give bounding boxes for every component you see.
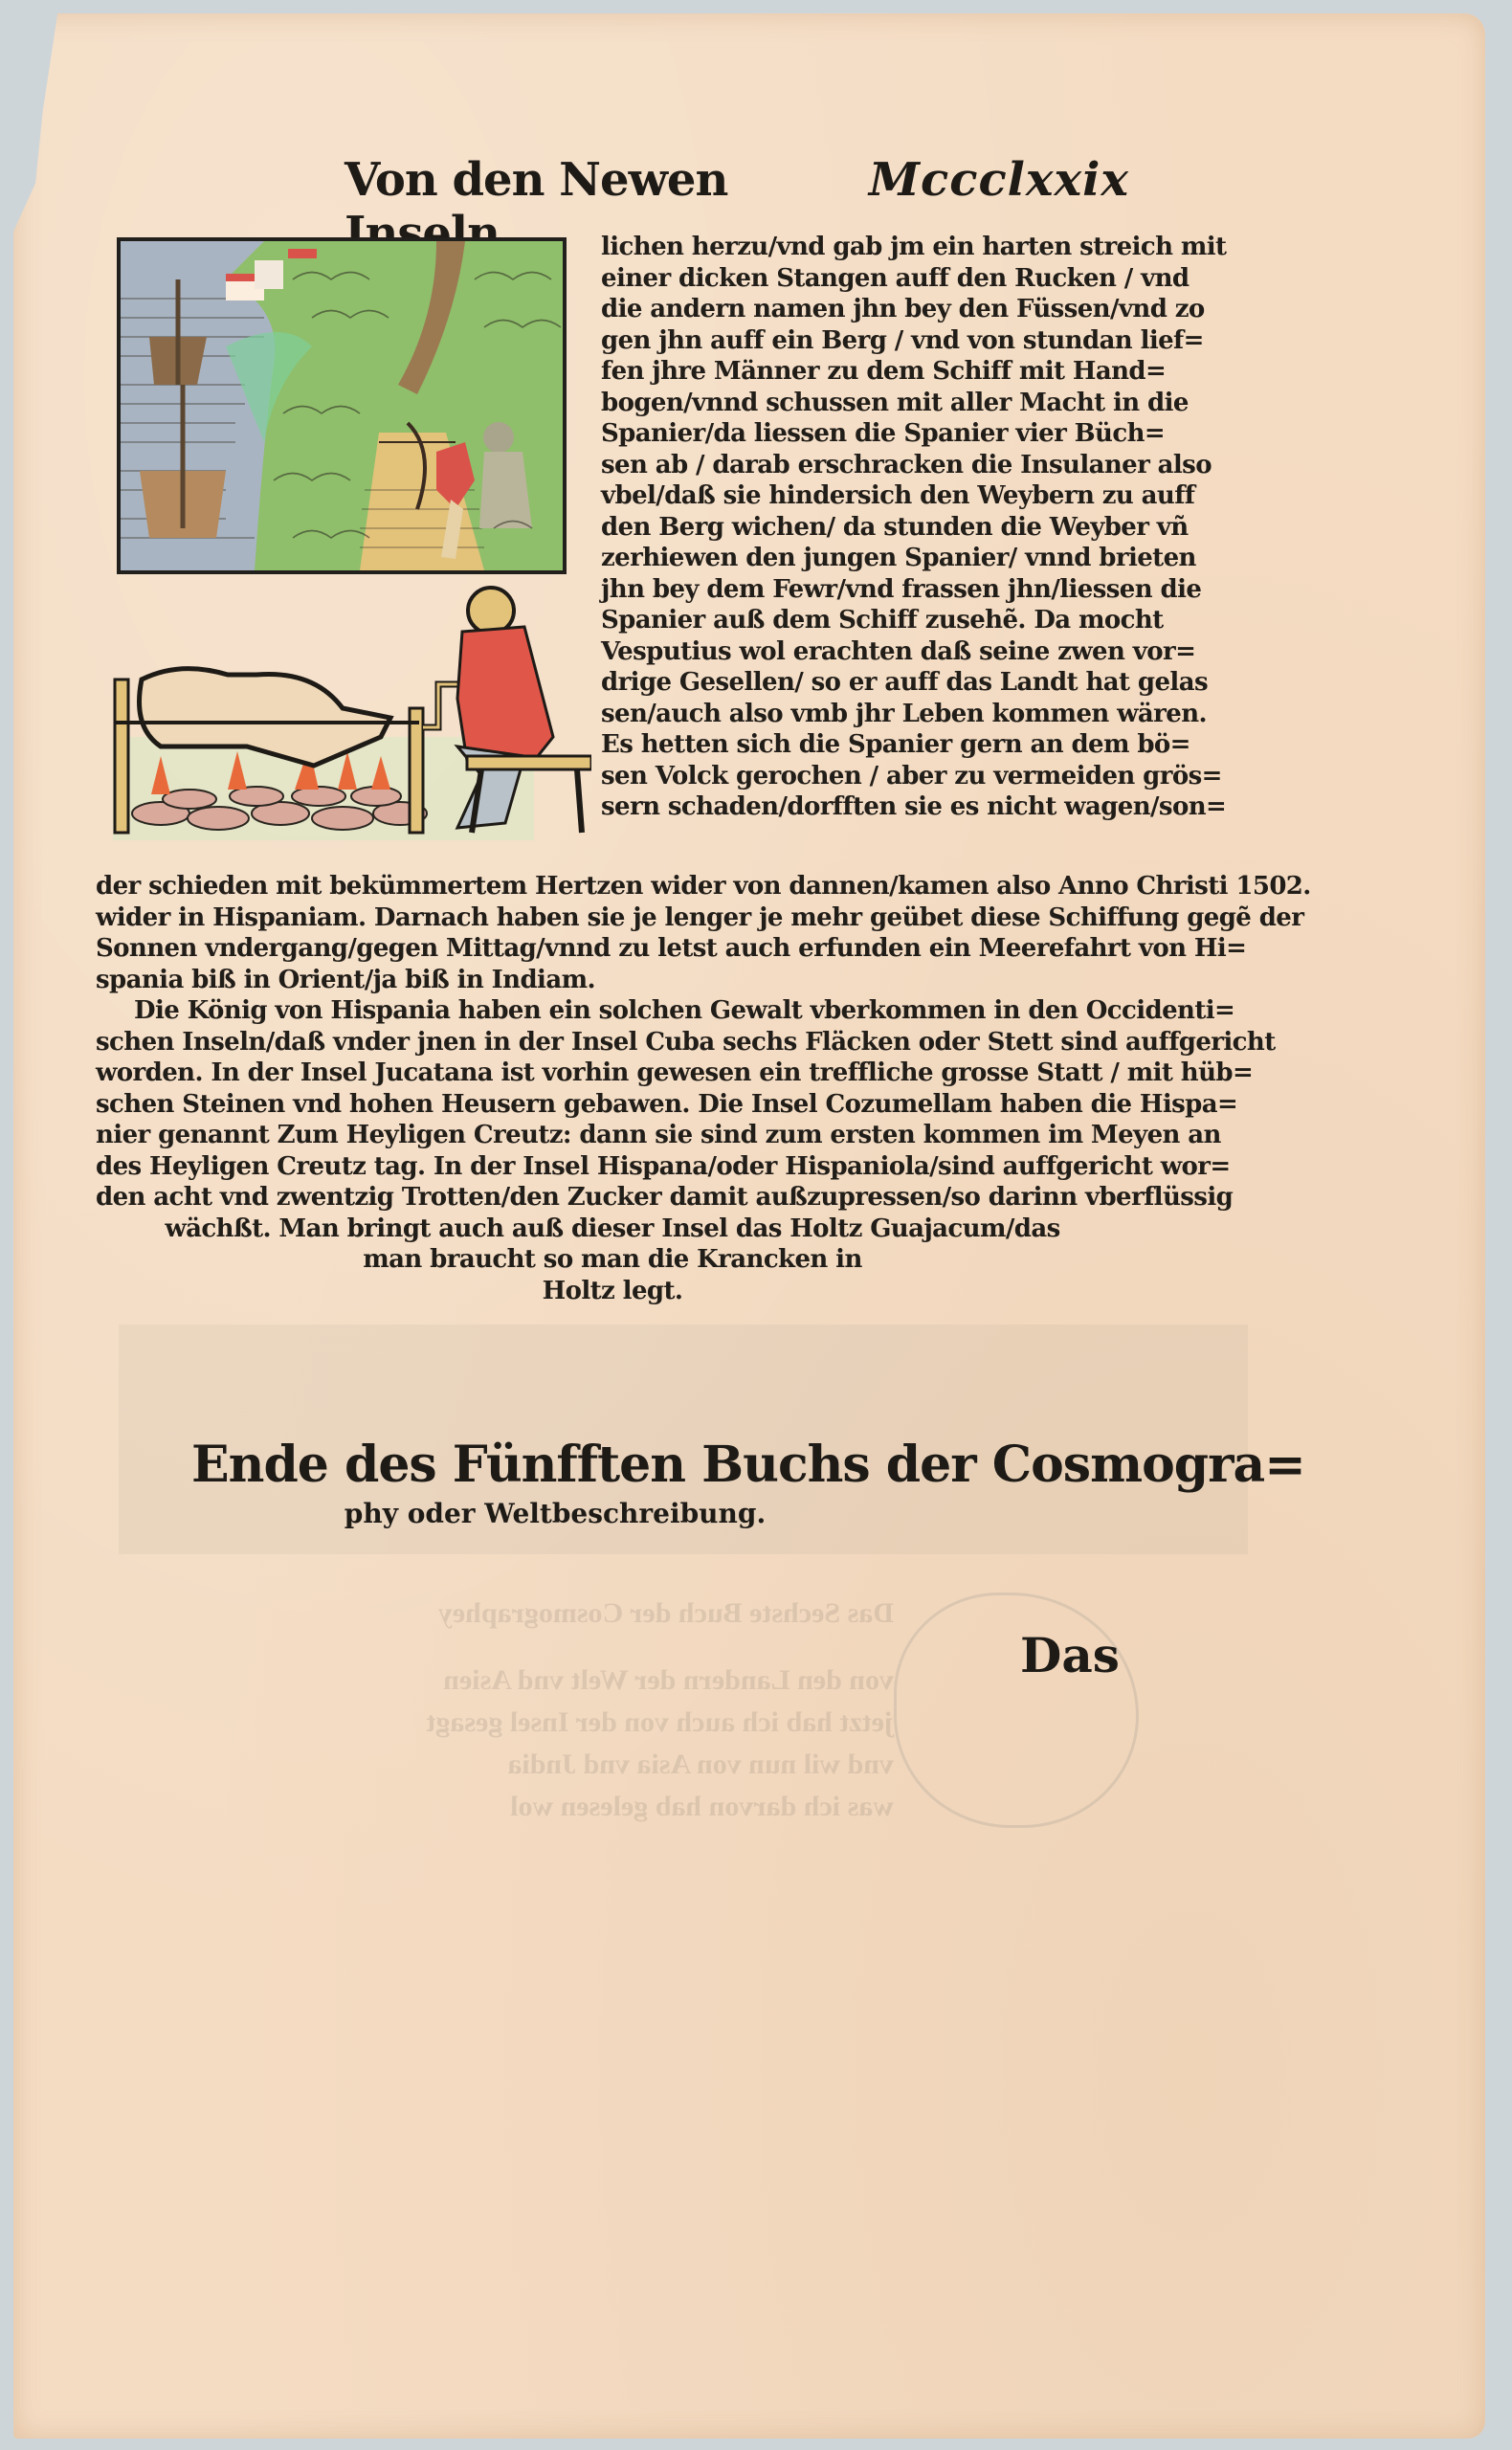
text-line: sern schaden/dorfften sie es nicht wagen… [601,791,1125,823]
text-line: schen Inseln/daß vnder jnen in der Insel… [96,1027,1129,1058]
column-text-block: lichen herzu/vnd gab jm ein harten strei… [601,232,1125,823]
woodcut-roasting-image [103,584,591,840]
text-line: Spanier auß dem Schiff zusehẽ. Da mocht [601,605,1125,636]
text-line: die andern namen jhn bey den Füssen/vnd … [601,294,1125,325]
text-line: jhn bey dem Fewr/vnd frassen jhn/liessen… [601,574,1125,606]
text-line: zerhiewen den jungen Spanier/ vnnd briet… [601,543,1125,574]
text-line: nier genannt Zum Heyligen Creutz: dann s… [96,1120,1129,1151]
colophon-line-1: Ende des Fünfften Buchs der Cosmogra= [191,1436,1034,1494]
text-line: Sonnen vndergang/gegen Mittag/vnnd zu le… [96,933,1129,965]
text-line: Spanier/da liessen die Spanier vier Büch… [601,418,1125,450]
show-through-text: von den Landern der Welt vnd Asien [109,1659,894,1702]
text-line: lichen herzu/vnd gab jm ein harten strei… [601,232,1125,263]
folio-number: Mccclxxix [869,153,1129,207]
text-line: den acht vnd zwentzig Trotten/den Zucker… [96,1182,1129,1214]
woodcut-archer-image [121,241,563,570]
text-line: spania biß in Orient/ja biß in Indiam. [96,965,1129,996]
text-line: Es hetten sich die Spanier gern an dem b… [601,729,1125,761]
text-line: Vesputius wol erachten daß seine zwen vo… [601,636,1125,668]
running-head: Von den Newen Inseln. Mccclxxix [345,153,1129,220]
show-through-text: was ich darvon hab gelesen wol [109,1786,894,1828]
show-through-text: vnd wil nun von Asia vnd Jndia [109,1744,894,1786]
text-line: des Heyligen Creutz tag. In der Insel Hi… [96,1151,1129,1183]
text-line: schen Steinen vnd hohen Heusern gebawen.… [96,1089,1129,1121]
text-line: vbel/daß sie hindersich den Weybern zu a… [601,480,1125,512]
woodcut-roasting-illustration [103,584,591,840]
text-line: worden. In der Insel Jucatana ist vorhin… [96,1058,1129,1089]
text-line: gen jhn auff ein Berg / vnd von stundan … [601,325,1125,357]
text-line: fen jhre Männer zu dem Schiff mit Hand= [601,356,1125,388]
catchword: Das [1020,1627,1120,1683]
text-line: sen Volck gerochen / aber zu vermeiden g… [601,761,1125,792]
text-line: den Berg wichen/ da stunden die Weyber v… [601,512,1125,544]
text-line: bogen/vnnd schussen mit aller Macht in d… [601,388,1125,419]
show-through-text: Das Sechste Buch der Cosmographey [109,1592,894,1635]
colophon-line-2: phy oder Weltbeschreibung. [191,1498,919,1529]
text-line: man braucht so man die Krancken in [96,1244,1129,1276]
full-width-text-block: der schieden mit bekümmertem Hertzen wid… [96,871,1129,1306]
woodcut-archer-illustration [117,237,567,574]
text-line: sen ab / darab erschracken die Insulaner… [601,450,1125,481]
text-line: der schieden mit bekümmertem Hertzen wid… [96,871,1129,902]
end-of-book-colophon: Ende des Fünfften Buchs der Cosmogra= ph… [191,1436,1034,1529]
text-line: drige Gesellen/ so er auff das Landt hat… [601,667,1125,699]
show-through-text: jetzt hab ich auch von der Insel gesagt [109,1702,894,1744]
paragraph-start-line: Die König von Hispania haben ein solchen… [96,995,1129,1027]
text-line: sen/auch also vmb jhr Leben kommen wären… [601,699,1125,730]
text-line: Holtz legt. [96,1276,1129,1307]
text-line: wächßt. Man bringt auch auß dieser Insel… [96,1214,1129,1245]
text-line: einer dicken Stangen auff den Rucken / v… [601,263,1125,295]
text-line: wider in Hispaniam. Darnach haben sie je… [96,902,1129,934]
